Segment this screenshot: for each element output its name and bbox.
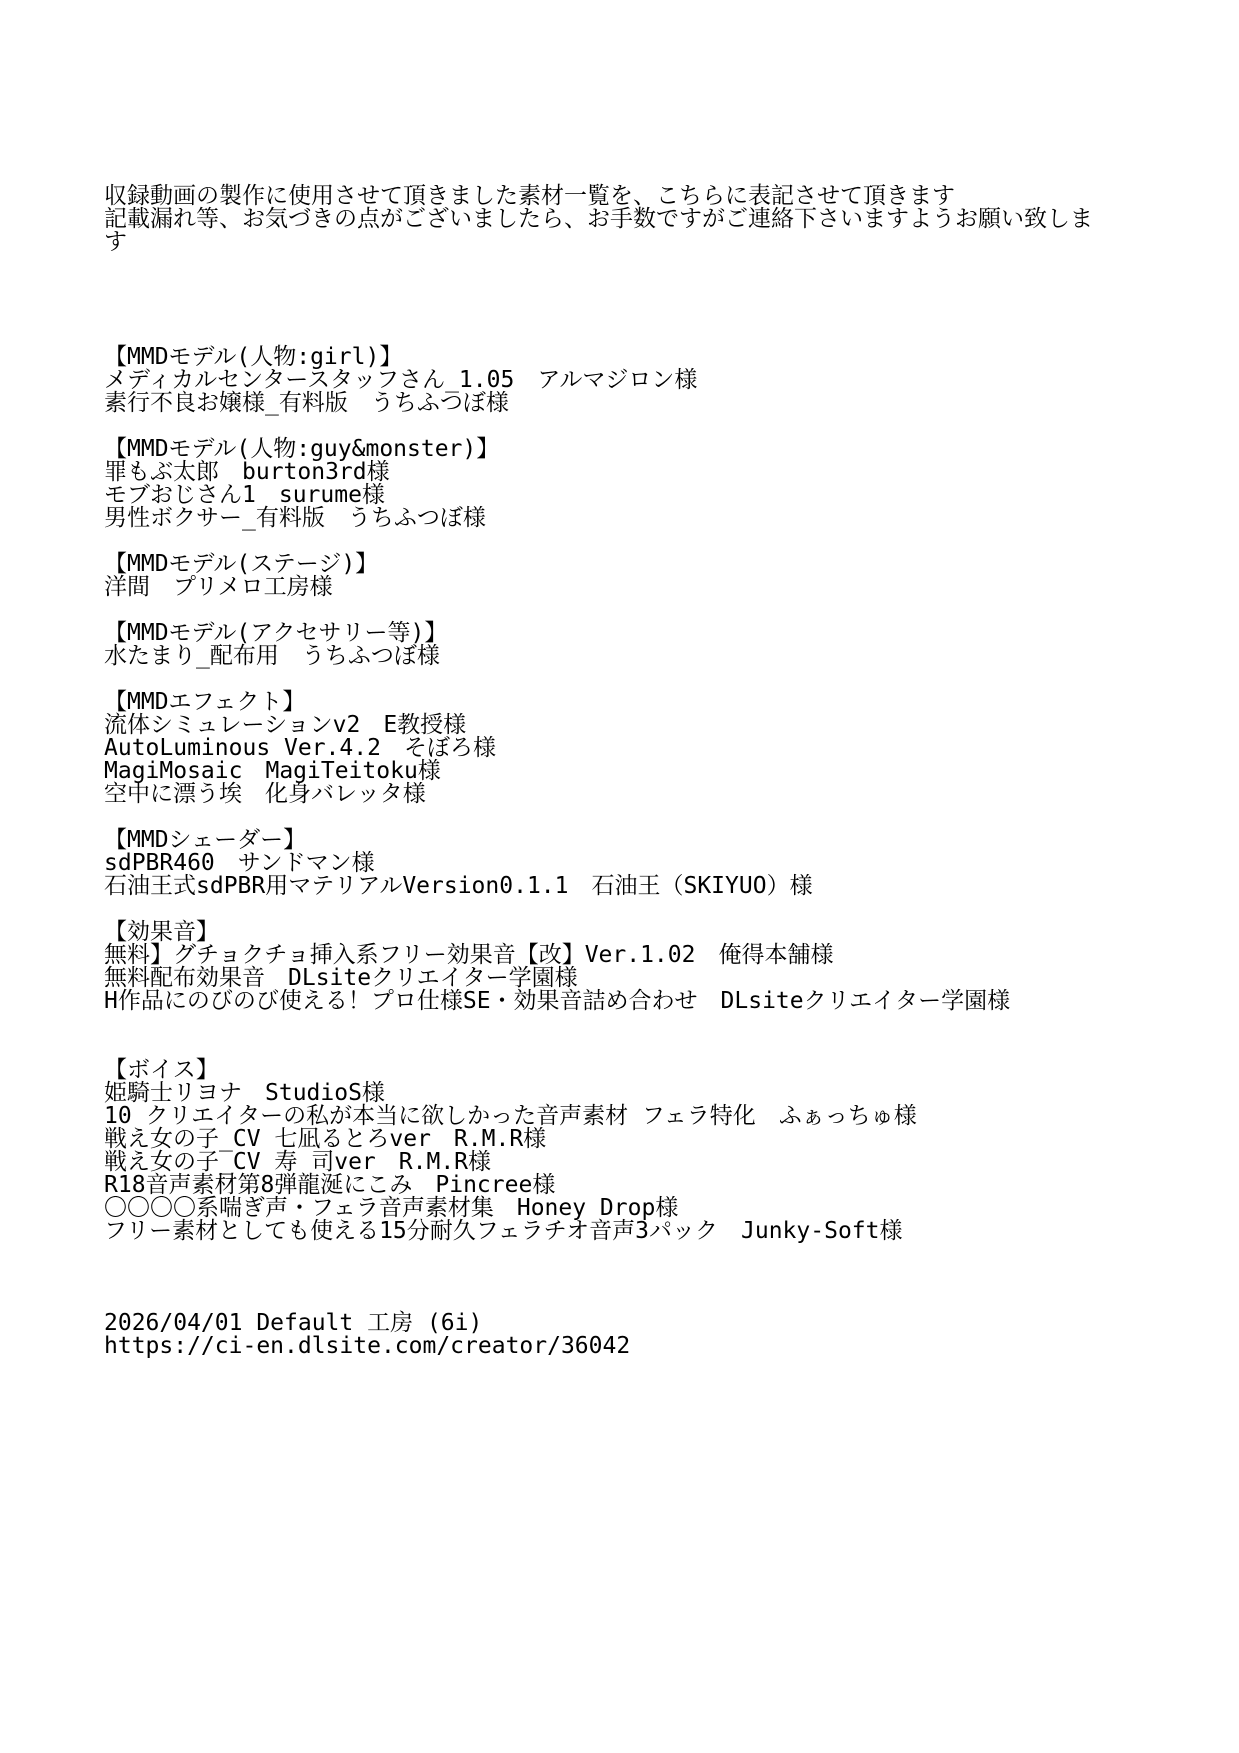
intro-line: す [104,231,1184,254]
blank-line [104,1013,1184,1036]
credits-sections: 【MMDモデル(人物:girl)】メディカルセンタースタッフさん_1.05 アル… [104,300,1184,1243]
blank-line [104,599,1184,622]
section-heading: 【MMDエフェクト】 [104,691,1184,714]
credit-item: 流体シミュレーションv2 E教授様 [104,714,1184,737]
section-heading: 【MMDモデル(人物:girl)】 [104,346,1184,369]
footer-block: 2026/04/01 Default 工房 (6i)https://ci-en.… [104,1289,1184,1358]
section-heading: 【ボイス】 [104,1059,1184,1082]
credit-item: 10 クリエイターの私が本当に欲しかった音声素材 フェラ特化 ふぁっちゅ様 [104,1105,1184,1128]
credits-document: 収録動画の製作に使用させて頂きました素材一覧を、こちらに表記させて頂きます記載漏… [104,139,1184,1381]
credit-item: 姫騎士リヨナ StudioS様 [104,1082,1184,1105]
credit-item: 戦え女の子_CV 寿 司ver R.M.R様 [104,1151,1184,1174]
blank-line [104,806,1184,829]
intro-line: 収録動画の製作に使用させて頂きました素材一覧を、こちらに表記させて頂きます [104,185,1184,208]
section-heading: 【MMDシェーダー】 [104,829,1184,852]
credit-item: 無料】グチョクチョ挿入系フリー効果音【改】Ver.1.02 俺得本舗様 [104,944,1184,967]
credit-item: H作品にのびのび使える！プロ仕様SE・効果音詰め合わせ DLsiteクリエイター… [104,990,1184,1013]
section-heading: 【MMDモデル(アクセサリー等)】 [104,622,1184,645]
blank-line [104,1289,1184,1312]
blank-line [104,300,1184,323]
credit-item: MagiMosaic MagiTeitoku様 [104,760,1184,783]
credit-item: 水たまり_配布用 うちふつぼ様 [104,645,1184,668]
blank-line [104,415,1184,438]
credit-item: sdPBR460 サンドマン様 [104,852,1184,875]
creator-url: https://ci-en.dlsite.com/creator/36042 [104,1335,1184,1358]
credit-item: モブおじさん1 surume様 [104,484,1184,507]
section-heading: 【効果音】 [104,921,1184,944]
credit-item: 洋間 プリメロ工房様 [104,576,1184,599]
credit-item: 素行不良お嬢様_有料版 うちふつぼ様 [104,392,1184,415]
section-heading: 【MMDモデル(ステージ)】 [104,553,1184,576]
date-credit-line: 2026/04/01 Default 工房 (6i) [104,1312,1184,1335]
intro-paragraph: 収録動画の製作に使用させて頂きました素材一覧を、こちらに表記させて頂きます記載漏… [104,185,1184,254]
blank-line [104,668,1184,691]
credit-item: 無料配布効果音 DLsiteクリエイター学園様 [104,967,1184,990]
blank-line [104,530,1184,553]
credit-item: 戦え女の子_CV 七凪るとろver R.M.R様 [104,1128,1184,1151]
credit-item: AutoLuminous Ver.4.2 そぼろ様 [104,737,1184,760]
blank-line [104,898,1184,921]
credit-item: メディカルセンタースタッフさん_1.05 アルマジロン様 [104,369,1184,392]
credit-item: R18音声素材第8弾龍涎にこみ Pincree様 [104,1174,1184,1197]
credit-item: 〇〇〇〇系喘ぎ声・フェラ音声素材集 Honey Drop様 [104,1197,1184,1220]
credit-item: 罪もぶ太郎 burton3rd様 [104,461,1184,484]
intro-line: 記載漏れ等、お気づきの点がございましたら、お手数ですがご連絡下さいますようお願い… [104,208,1184,231]
credit-item: 石油王式sdPBR用マテリアルVersion0.1.1 石油王（SKIYUO）様 [104,875,1184,898]
blank-line [104,323,1184,346]
credit-item: フリー素材としても使える15分耐久フェラチオ音声3パック Junky-Soft様 [104,1220,1184,1243]
credit-item: 男性ボクサー_有料版 うちふつぼ様 [104,507,1184,530]
blank-line [104,1036,1184,1059]
section-heading: 【MMDモデル(人物:guy&monster)】 [104,438,1184,461]
credit-item: 空中に漂う埃 化身バレッタ様 [104,783,1184,806]
